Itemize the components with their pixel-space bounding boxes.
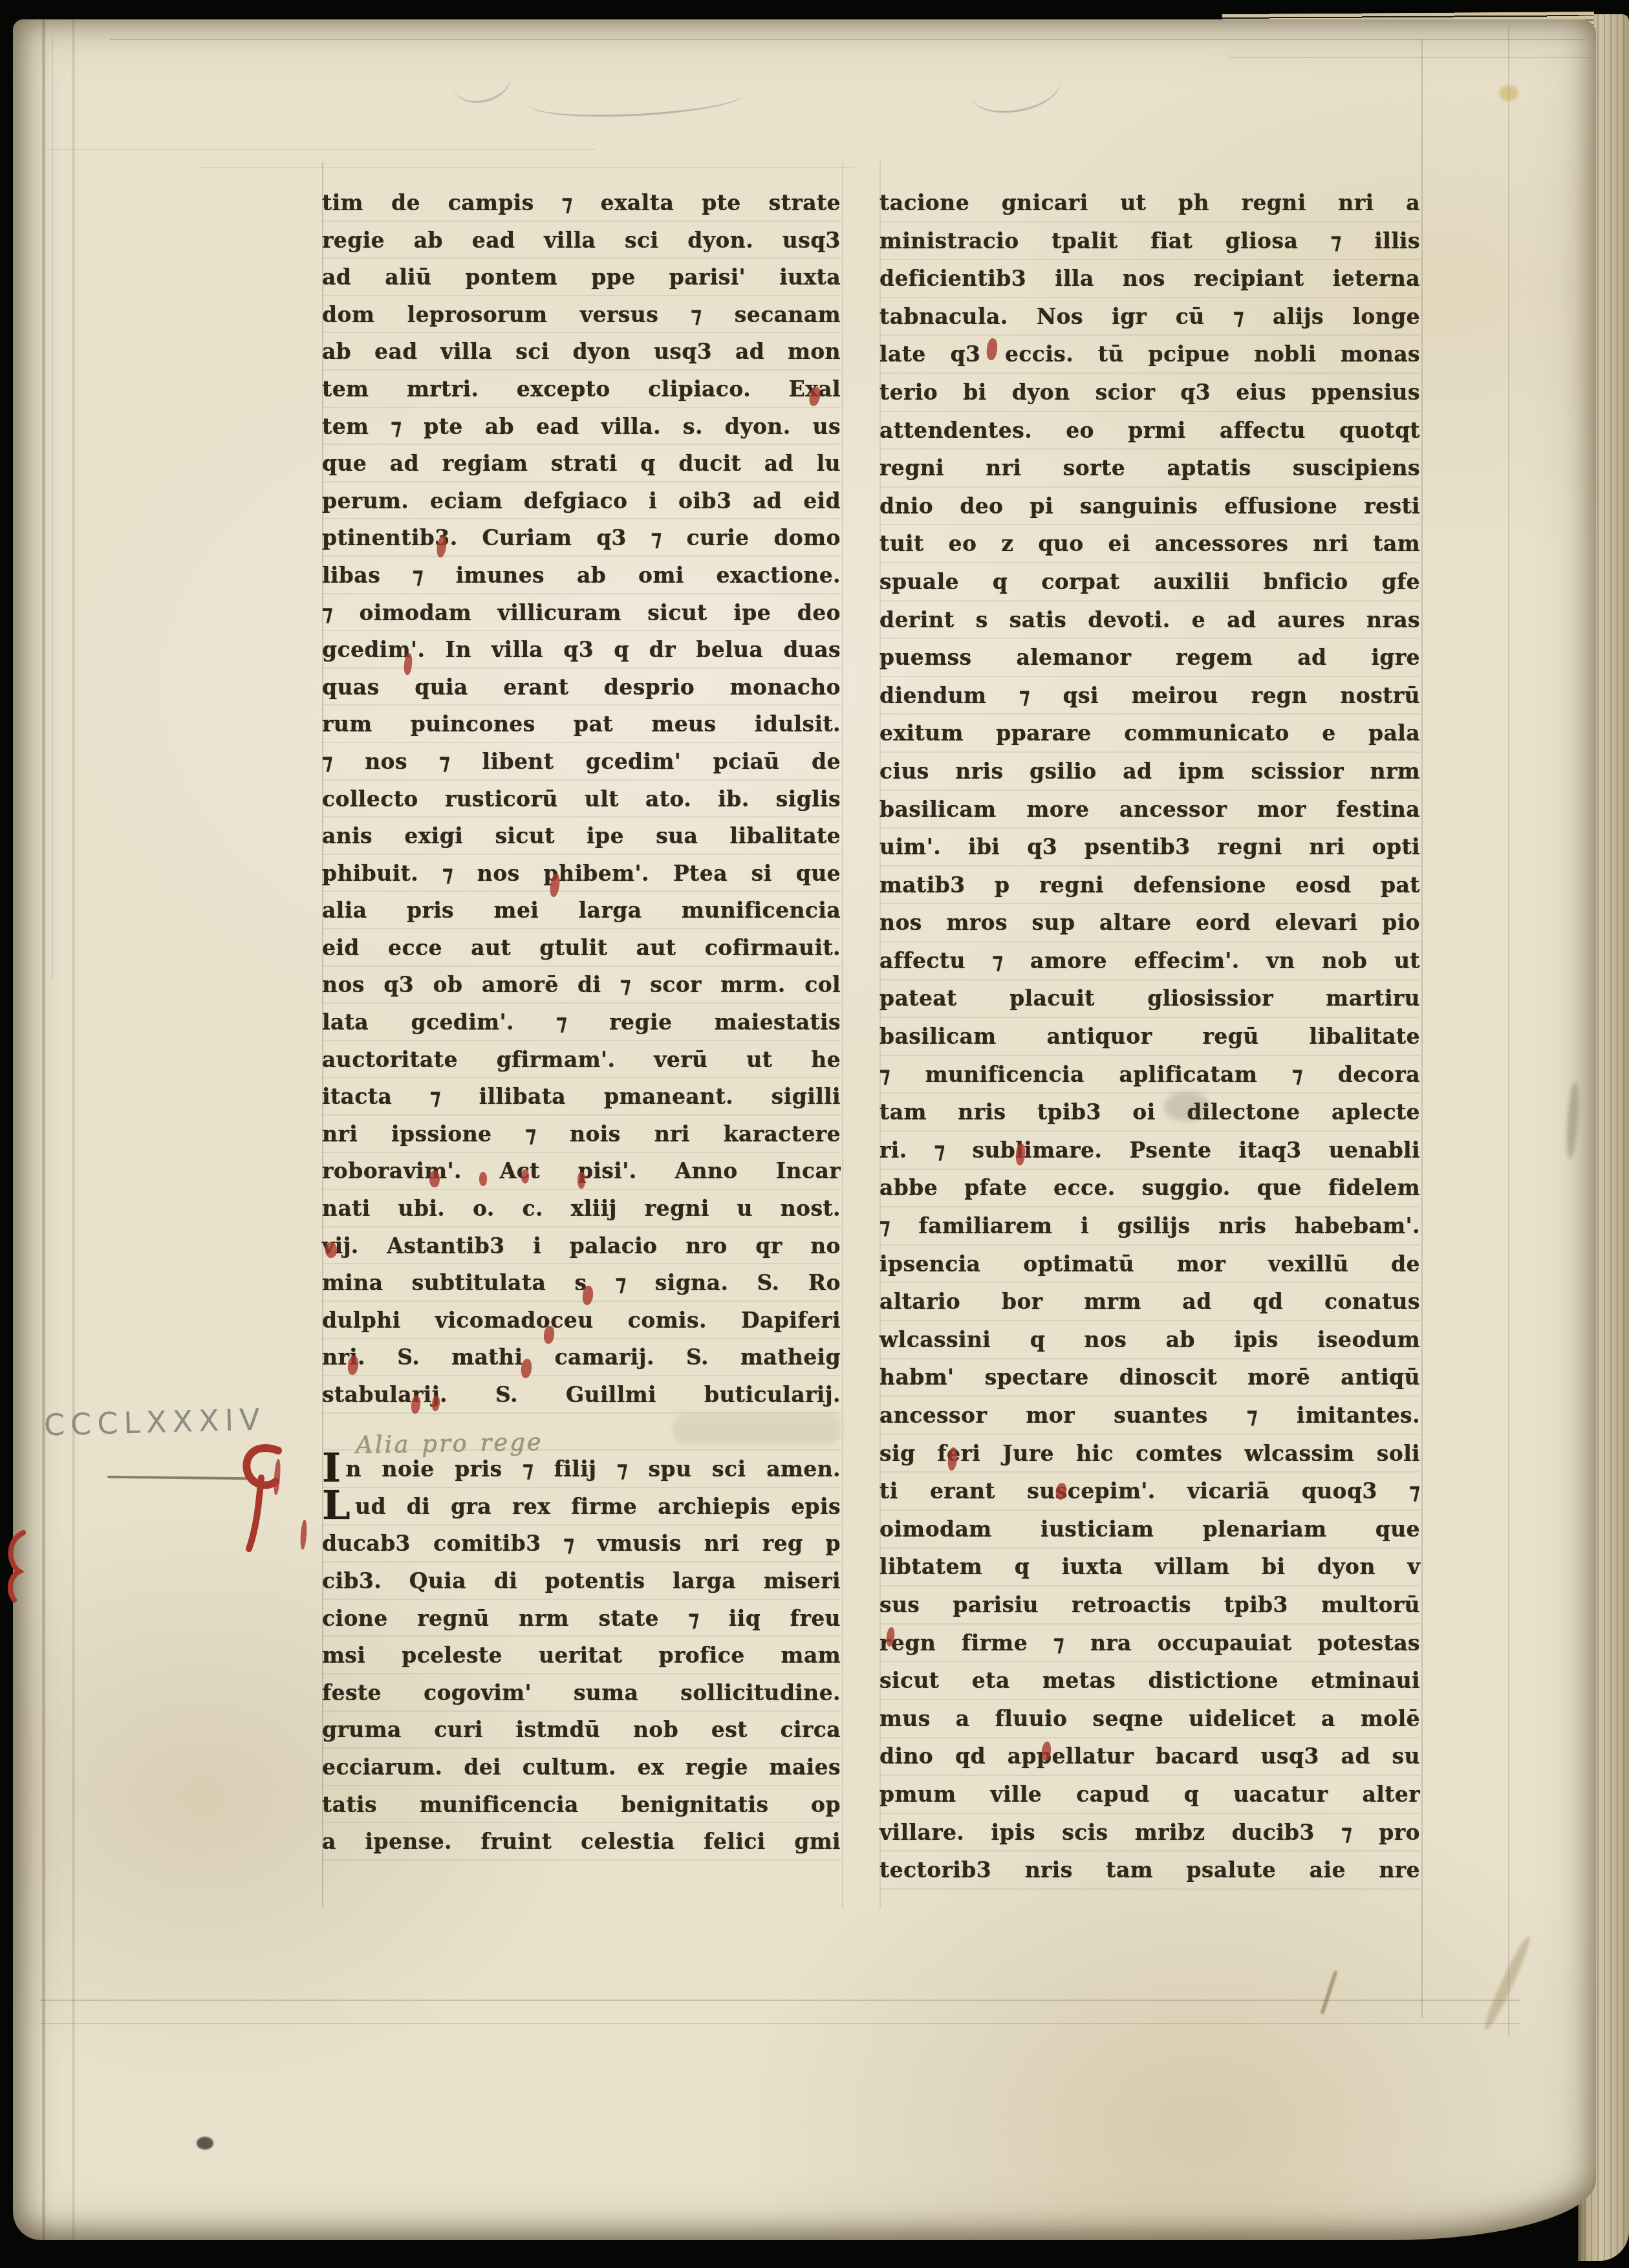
ruling-line — [39, 2000, 1520, 2001]
text-line: altario bor mrm ad qd conatus — [879, 1283, 1420, 1321]
text-line: ducab3 comitib3 ⁊ vmusis nri reg p — [322, 1525, 841, 1562]
text-line: ad aliū pontem ppe parisi' iuxta — [322, 259, 841, 296]
text-line: msi pceleste ueritat profice mam — [322, 1637, 841, 1674]
text-line: tim de campis ⁊ exalta pte strate — [322, 184, 841, 222]
ruling-line — [1508, 26, 1509, 2037]
text-line: ti erant suscepim'. vicariā quoq3 ⁊ — [879, 1473, 1420, 1511]
text-line: libas ⁊ imunes ab omi exactione. — [322, 557, 841, 594]
text-line: quas quia erant desprio monacho — [322, 669, 841, 706]
text-line: puemss alemanor regem ad igre — [879, 639, 1420, 677]
text-line: tacione gnicari ut ph regni nri a — [879, 184, 1420, 222]
text-line: perum. eciam defgiaco i oib3 ad eid — [322, 482, 841, 520]
gutter-crease — [43, 19, 45, 2240]
paraph-mark-icon — [241, 1438, 286, 1559]
text-line: ptinentib3. Curiam q3 ⁊ curie domo — [322, 519, 841, 557]
red-accent — [429, 1171, 440, 1187]
text-line: phibuit. ⁊ nos phibem'. Ptea si que — [322, 855, 841, 892]
manuscript-photo: tim de campis ⁊ exalta pte strateregie a… — [0, 0, 1629, 2268]
red-accent — [325, 1242, 337, 1258]
text-line: cib3. Quia di potentis larga miseri — [322, 1562, 841, 1600]
ruling-line — [110, 39, 1584, 40]
text-line: stabularij. S. Guillmi buticularij. — [322, 1376, 841, 1414]
text-line: dino qd appellatur bacard usq3 ad su — [879, 1738, 1420, 1776]
text-line: attendentes. eo prmi affectu quotqt — [879, 412, 1420, 450]
text-line: basilicam more ancessor mor festina — [879, 791, 1420, 829]
text-line: basilicam antiquor regū libalitate — [879, 1018, 1420, 1056]
text-line: nri ipssione ⁊ nois nri karactere — [322, 1116, 841, 1153]
ruling-line — [1229, 57, 1591, 58]
text-line: mus a fluuio seqne uidelicet a molē — [879, 1700, 1420, 1738]
text-line: sus parisiu retroactis tpib3 multorū — [879, 1586, 1420, 1625]
text-line: tam nris tpib3 oi dilectone aplecte — [879, 1094, 1420, 1132]
text-line: ⁊ oimodam villicuram sicut ipe deo — [322, 594, 841, 632]
text-column-left: tim de campis ⁊ exalta pte strateregie a… — [322, 184, 841, 1861]
folio-number: CCCLXXXIV — [43, 1402, 266, 1443]
text-line: regn firme ⁊ nra occupauiat potestas — [879, 1625, 1420, 1663]
ink-blot — [197, 2137, 213, 2150]
text-line: spuale q corpat auxilii bnficio gfe — [879, 563, 1420, 601]
text-line: lata gcedim'. ⁊ regie maiestatis — [322, 1004, 841, 1041]
text-line: tem ⁊ pte ab ead villa. s. dyon. us — [322, 408, 841, 446]
text-line: uim'. ibi q3 psentib3 regni nri opti — [879, 828, 1420, 867]
text-line: mina subtitulata s ⁊ signa. S. Ro — [322, 1264, 841, 1302]
text-line: nri. S. mathi camarij. S. matheig — [322, 1339, 841, 1376]
text-line: affectu ⁊ amore effecim'. vn nob ut — [879, 942, 1420, 980]
text-line: nos q3 ob amorē di ⁊ scor mrm. col — [322, 966, 841, 1004]
text-line: pateat placuit gliosissior martiru — [879, 980, 1420, 1018]
text-line: a ipense. fruint celestia felici gmi — [322, 1823, 841, 1861]
text-line: que ad regiam strati q ducit ad lu — [322, 445, 841, 482]
red-accent — [521, 1169, 529, 1183]
red-flourish-icon — [1, 1529, 30, 1604]
text-line: exitum pparare communicato e pala — [879, 715, 1420, 753]
ruling-line — [842, 162, 843, 1908]
text-line: derint s satis devoti. e ad aures nras — [879, 601, 1420, 640]
text-line: ⁊ munificencia aplificatam ⁊ decora — [879, 1056, 1420, 1094]
text-line: dnio deo pi sanguinis effusione resti — [879, 488, 1420, 526]
text-line: ministracio tpalit fiat gliosa ⁊ illis — [879, 222, 1420, 261]
text-line: tectorib3 nris tam psalute aie nre — [879, 1852, 1420, 1890]
text-line: gcedim'. In villa q3 q dr belua duas — [322, 631, 841, 669]
text-line: tatis munificencia benignitatis op — [322, 1786, 841, 1824]
text-line: itacta ⁊ illibata pmaneant. sigilli — [322, 1078, 841, 1116]
text-line: deficientib3 illa nos recipiant ieterna — [879, 260, 1420, 298]
text-line: ancessor mor suantes ⁊ imitantes. — [879, 1397, 1420, 1435]
text-line: wlcassini q nos ab ipis iseodum — [879, 1321, 1420, 1359]
text-line: eid ecce aut gtulit aut cofirmauit. — [322, 929, 841, 967]
decorated-initial: L — [322, 1482, 351, 1529]
text-line: gruma curi istmdū nob est circa — [322, 1711, 841, 1749]
text-line: matib3 p regni defensione eosd pat — [879, 867, 1420, 905]
text-line: regni nri sorte aptatis suscipiens — [879, 449, 1420, 488]
ruling-line — [1421, 39, 1423, 2018]
text-line: pmum ville capud q uacatur alter — [879, 1776, 1420, 1814]
show-through-smudge — [673, 1414, 841, 1445]
text-line: sicut eta metas distictione etminaui — [879, 1662, 1420, 1700]
text-line: feste cogovim' suma sollicitudine. — [322, 1674, 841, 1712]
text-line: ⁊ nos ⁊ libent gcedim' pciaū de — [322, 743, 841, 781]
stain — [1164, 1092, 1209, 1121]
text-line: villare. ipis scis mribz ducib3 ⁊ pro — [879, 1814, 1420, 1852]
text-line: dulphi vicomadoceu comis. Dapiferi — [322, 1302, 841, 1339]
text-line: ab ead villa sci dyon usq3 ad mon — [322, 333, 841, 371]
text-line: diendum ⁊ qsi meirou regn nostrū — [879, 677, 1420, 715]
text-line: rum puincones pat meus idulsit. — [322, 706, 841, 743]
text-line: late q3 eccis. tū pcipue nobli monas — [879, 336, 1420, 374]
red-accent — [479, 1172, 487, 1186]
text-line: cione regnū nrm state ⁊ iiq freu — [322, 1600, 841, 1637]
text-line: nos mros sup altare eord elevari pio — [879, 904, 1420, 942]
ruling-line — [39, 2023, 1520, 2024]
text-line: tem mrtri. excepto clipiaco. Exal — [322, 371, 841, 408]
text-line: nati ubi. o. c. xliij regni u nost. — [322, 1190, 841, 1227]
ruling-line — [45, 149, 595, 150]
text-line: libtatem q iuxta villam bi dyon v — [879, 1548, 1420, 1586]
stain — [1499, 85, 1518, 101]
text-line: collecto rusticorū ult ato. ib. siglis — [322, 781, 841, 818]
text-line: ⁊ familiarem i gsilijs nris habebam'. — [879, 1207, 1420, 1246]
text-line: vij. Astantib3 i palacio nro qr no — [322, 1227, 841, 1265]
text-line: terio bi dyon scior q3 eius ppensius — [879, 374, 1420, 412]
text-line: Lud di gra rex firme archiepis epis — [322, 1488, 841, 1526]
red-accent — [577, 1172, 585, 1189]
text-line: alia pris mei larga munificencia — [322, 892, 841, 929]
text-line: habm' spectare dinoscit morē antiqū — [879, 1359, 1420, 1397]
text-line: ri. ⁊ sublimare. Psente itaq3 uenabli — [879, 1132, 1420, 1170]
text-line: tuit eo z quo ei ancessores nri tam — [879, 525, 1420, 563]
text-line: sig feri Jure hic comtes wlcassim soli — [879, 1435, 1420, 1473]
text-column-right: tacione gnicari ut ph regni nri aministr… — [879, 184, 1420, 1890]
text-line: auctoritate gfirmam'. verū ut he — [322, 1041, 841, 1079]
ruling-line — [52, 36, 53, 980]
text-line: ecciarum. dei cultum. ex regie maies — [322, 1749, 841, 1786]
text-line: ipsencia optimatū mor vexillū de — [879, 1246, 1420, 1284]
text-line: regie ab ead villa sci dyon. usq3 — [322, 222, 841, 259]
text-line: oimodam iusticiam plenariam que — [879, 1511, 1420, 1549]
text-line: tabnacula. Nos igr cū ⁊ alijs longe — [879, 298, 1420, 336]
ruling-line — [200, 167, 854, 168]
binding-gutter — [13, 19, 129, 2240]
text-line: dom leprosorum versus ⁊ secanam — [322, 296, 841, 334]
text-line: abbe pfate ecce. suggio. que fidelem — [879, 1169, 1420, 1207]
gutter-crease — [72, 19, 74, 2240]
text-line: cius nris gsilio ad ipm scissior nrm — [879, 753, 1420, 791]
text-line: anis exigi sicut ipe sua libalitate — [322, 817, 841, 855]
